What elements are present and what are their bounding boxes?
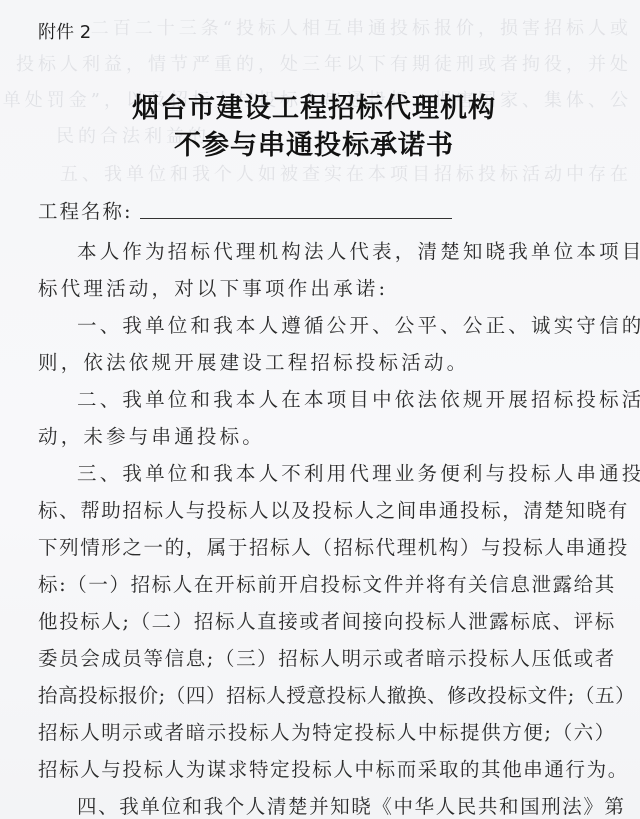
document-title-line-1: 烟台市建设工程招标代理机构	[0, 86, 634, 125]
paragraph-line: 三、我单位和我本人不利用代理业务便利与投标人串通投	[77, 458, 640, 486]
paragraph-line: 标:（一）招标人在开标前开启投标文件并将有关信息泄露给其	[38, 569, 616, 597]
paragraph-line: 抬高投标报价;（四）招标人授意投标人撤换、修改投标文件;（五）	[38, 680, 635, 708]
bleed-line: 投标人利益，情节严重的，处三年以下有期徒刑或者拘役，并处	[16, 50, 632, 76]
paragraph-line: 四、我单位和我个人清楚并知晓《中华人民共和国刑法》第	[77, 791, 626, 819]
paragraph-line: 一、我单位和我本人遵循公开、公平、公正、诚实守信的原	[77, 310, 640, 338]
document-page: 二百二十三条“投标人相互串通投标报价，损害招标人或 投标人利益，情节严重的，处三…	[0, 0, 640, 819]
project-name-label: 工程名称:	[38, 196, 133, 224]
bleed-line: 二百二十三条“投标人相互串通投标报价，损害招标人或	[91, 14, 632, 40]
paragraph-line: 本人作为招标代理机构法人代表，清楚知晓我单位本项目招	[77, 236, 640, 264]
project-name-field	[140, 218, 452, 219]
paragraph-line: 则，依法依规开展建设工程招标投标活动。	[38, 347, 469, 375]
paragraph-line: 招标人明示或者暗示投标人为特定投标人中标提供方便;（六）	[38, 717, 616, 745]
paragraph-line: 他投标人;（二）招标人直接或者间接向投标人泄露标底、评标	[38, 606, 616, 634]
paragraph-line: 标代理活动，对以下事项作出承诺:	[38, 273, 388, 301]
paragraph-line: 二、我单位和我本人在本项目中依法依规开展招标投标活	[77, 384, 640, 412]
bleed-line: 五、我单位和我个人如被查实在本项目招标投标活动中存在	[60, 160, 632, 186]
document-title-line-2: 不参与串通投标承诺书	[0, 123, 634, 162]
attachment-label: 附件 2	[38, 18, 91, 44]
paragraph-line: 下列情形之一的，属于招标人（招标代理机构）与投标人串通投	[38, 532, 629, 560]
paragraph-line: 标、帮助招标人与投标人以及投标人之间串通投标，清楚知晓有	[38, 495, 629, 523]
paragraph-line: 动，未参与串通投标。	[38, 421, 265, 449]
paragraph-line: 招标人与投标人为谋求特定投标人中标而采取的其他串通行为。	[38, 754, 629, 782]
paragraph-line: 委员会成员等信息;（三）招标人明示或者暗示投标人压低或者	[38, 643, 616, 671]
